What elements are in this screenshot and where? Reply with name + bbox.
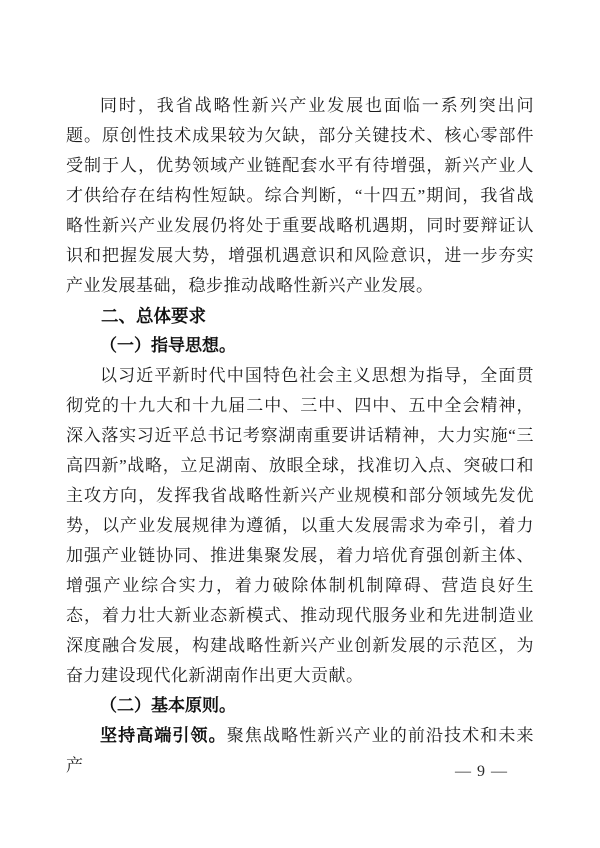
page-number: — 9 — — [455, 762, 508, 782]
document-body: 同时，我省战略性新兴产业发展也面临一系列突出问题。原创性技术成果较为欠缺，部分关… — [66, 91, 534, 781]
paragraph-guiding-ideology: 以习近平新时代中国特色社会主义思想为指导，全面贯彻党的十九大和十九届二中、三中、… — [66, 361, 534, 691]
paragraph-problems: 同时，我省战略性新兴产业发展也面临一系列突出问题。原创性技术成果较为欠缺，部分关… — [66, 91, 534, 301]
subsection-heading-guiding-ideology: （一）指导思想。 — [66, 331, 534, 361]
document-page: 同时，我省战略性新兴产业发展也面临一系列突出问题。原创性技术成果较为欠缺，部分关… — [0, 0, 600, 848]
principle-lead-text: 坚持高端引领。 — [100, 726, 227, 745]
subsection-heading-basic-principles: （二）基本原则。 — [66, 691, 534, 721]
section-heading-overall-requirements: 二、总体要求 — [66, 301, 534, 331]
